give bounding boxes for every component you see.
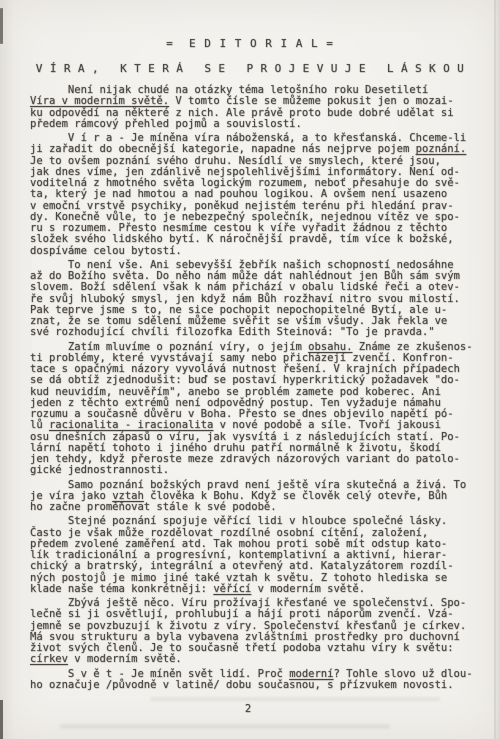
text-segment: ku odpovědí na některé z nich. Ale právě… (30, 107, 454, 119)
scan-artifact-right-edge (494, 0, 496, 739)
text-segment: ji zařadit do obecnější kategorie, napad… (30, 143, 416, 155)
text-segment: ti problémy, které vyvstávají samy nebo … (30, 352, 454, 364)
text-segment: jak dnes víme, jen zdánlivě nejspolehliv… (30, 166, 460, 178)
text-segment: Má svou strukturu a byla vybavena zvlášt… (30, 631, 460, 643)
paragraph: Zbývá ještě něco. Víru prožívají křesťan… (30, 598, 474, 666)
article-title: V Í R A , K T E R Á S E P R O J E V U J … (0, 62, 500, 75)
document-page: = E D I T O R I A L = V Í R A , K T E R … (0, 0, 500, 739)
text-segment: v nové podobě a síle. Tvoří jakousi (213, 419, 441, 431)
text-segment: chický a bratrský, integrální a otevřený… (30, 560, 454, 572)
paragraph: Zatím mluvíme o poznání víry, o jejím ob… (30, 342, 474, 477)
text-segment: lů (30, 419, 49, 431)
underlined-text: Víra v moderním světě. (30, 95, 169, 107)
underlined-text: moderní (289, 668, 333, 680)
text-line: své rozhodující chvíli filozofka Edith S… (30, 327, 474, 338)
underlined-text: věřící (213, 583, 251, 595)
text-segment: Známe ze zkušenos- (352, 341, 472, 353)
document-body: Není nijak chudé na otázky téma letošníh… (30, 85, 474, 691)
text-segment: člověka k Bohu. Když se člověk celý otev… (144, 490, 447, 502)
text-segment: ? Tohle slovo už dlou- (333, 668, 472, 680)
text-segment: své rozhodující chvíli filozofka Edith S… (30, 326, 435, 338)
underlined-text: vztah (112, 490, 144, 502)
text-segment: ta, který je nad hmotou a nad pouhou log… (30, 188, 447, 200)
text-segment: kud neuvidím, neuvěřím", anebo se problé… (30, 386, 441, 398)
text-segment: Je to ovšem poznání svého druhu. Nesídlí… (30, 155, 441, 167)
text-segment: ho začne proměňovat stále k své podobě. (30, 501, 277, 513)
text-segment: lární napětí tohoto i jiného druhu patří… (30, 442, 441, 454)
text-segment: ných postojů je mimo jiné také vztah k s… (30, 572, 447, 584)
text-line: dospíváme celou bytostí. (30, 246, 474, 257)
underlined-text: poznání. (416, 143, 467, 155)
text-segment: složek svého lidského bytí. K náročnější… (30, 233, 454, 245)
editorial-header: = E D I T O R I A L = (0, 38, 500, 50)
underlined-text: církev (30, 653, 68, 665)
text-segment: klade naše téma konkrétněji: (30, 583, 213, 595)
text-segment: v moderním světě. (251, 583, 365, 595)
text-line: ho začne proměňovat stále k své podobě. (30, 502, 474, 513)
paragraph: S v ě t - Je míněn svět lidí. Proč moder… (30, 669, 474, 692)
text-segment: V tomto čísle se můžeme pokusit jen o mo… (169, 95, 453, 107)
text-segment: ře svůj hluboký smysl, jen když nám Bůh … (30, 293, 460, 305)
text-segment: Zatím mluvíme o poznání víry, o jejím (30, 341, 308, 353)
text-segment: Pak teprve jsme s to, ne sice pochopit n… (30, 304, 447, 316)
scan-smudge (60, 724, 390, 729)
text-segment: v emoční vrstvě psychiky, poněkud nejist… (30, 200, 454, 212)
underlined-text: obsahu. (308, 341, 352, 353)
text-segment: jemně se povzbuzují k životu z víry. Spo… (30, 620, 466, 632)
text-segment: Stejné poznání spojuje věřící lidi v hlo… (30, 515, 447, 527)
paragraph: Samo poznání božských pravd není ještě v… (30, 480, 474, 514)
paragraph: V í r a - Je míněna víra náboženská, a t… (30, 133, 474, 257)
text-segment: jeden z těchto extrémů není odpovědný po… (30, 397, 441, 409)
text-segment: osu dnešních zápasů o víru, jak vysvítá … (30, 431, 460, 443)
underlined-text: racionalita - iracionalita (49, 419, 213, 431)
text-segment: slovem. Boží sdělení však k nám přichází… (30, 281, 460, 293)
text-segment: Často je však může rozdělovat rozdílné o… (30, 527, 428, 539)
text-segment: v moderním světě. (68, 653, 182, 665)
text-line: předem rámcový přehled pojmů a souvislos… (30, 119, 474, 130)
text-line: klade naše téma konkrétněji: věřící v mo… (30, 584, 474, 595)
text-segment: gické jednostrannosti. (30, 464, 169, 476)
text-segment: dy. Konečně vůle, to je nebezpečný spole… (30, 211, 460, 223)
text-line: gické jednostrannosti. (30, 465, 474, 476)
text-line: církev v moderním světě. (30, 654, 474, 665)
scan-smudge (150, 697, 440, 701)
text-segment: To není vše. Ani sebevyšší žebřík našich… (30, 259, 454, 271)
text-segment: předem zvolené zaměření atd. Tak mohou p… (30, 538, 447, 550)
text-segment: ho označuje /původně v latině/ dobu souč… (30, 679, 454, 691)
text-line: ho označuje /původně v latině/ dobu souč… (30, 680, 474, 691)
paragraph: To není vše. Ani sebevyšší žebřík našich… (30, 260, 474, 339)
text-segment: dospíváme celou bytostí. (30, 245, 182, 257)
text-segment: předem rámcový přehled pojmů a souvislos… (30, 118, 302, 130)
text-segment: lečně si ji osvětlují, prohlubují a hájí… (30, 608, 454, 620)
text-segment: je víra jako (30, 490, 112, 502)
text-segment: se dá obtíž zjednodušit: buď se postaví … (30, 374, 460, 386)
page-number: 2 (0, 703, 496, 715)
paragraph: Stejné poznání spojuje věřící lidi v hlo… (30, 516, 474, 595)
text-segment: S v ě t - Je míněn svět lidí. Proč (30, 668, 289, 680)
paragraph: Není nijak chudé na otázky téma letošníh… (30, 85, 474, 130)
text-segment: Samo poznání božských pravd není ještě v… (30, 479, 466, 491)
